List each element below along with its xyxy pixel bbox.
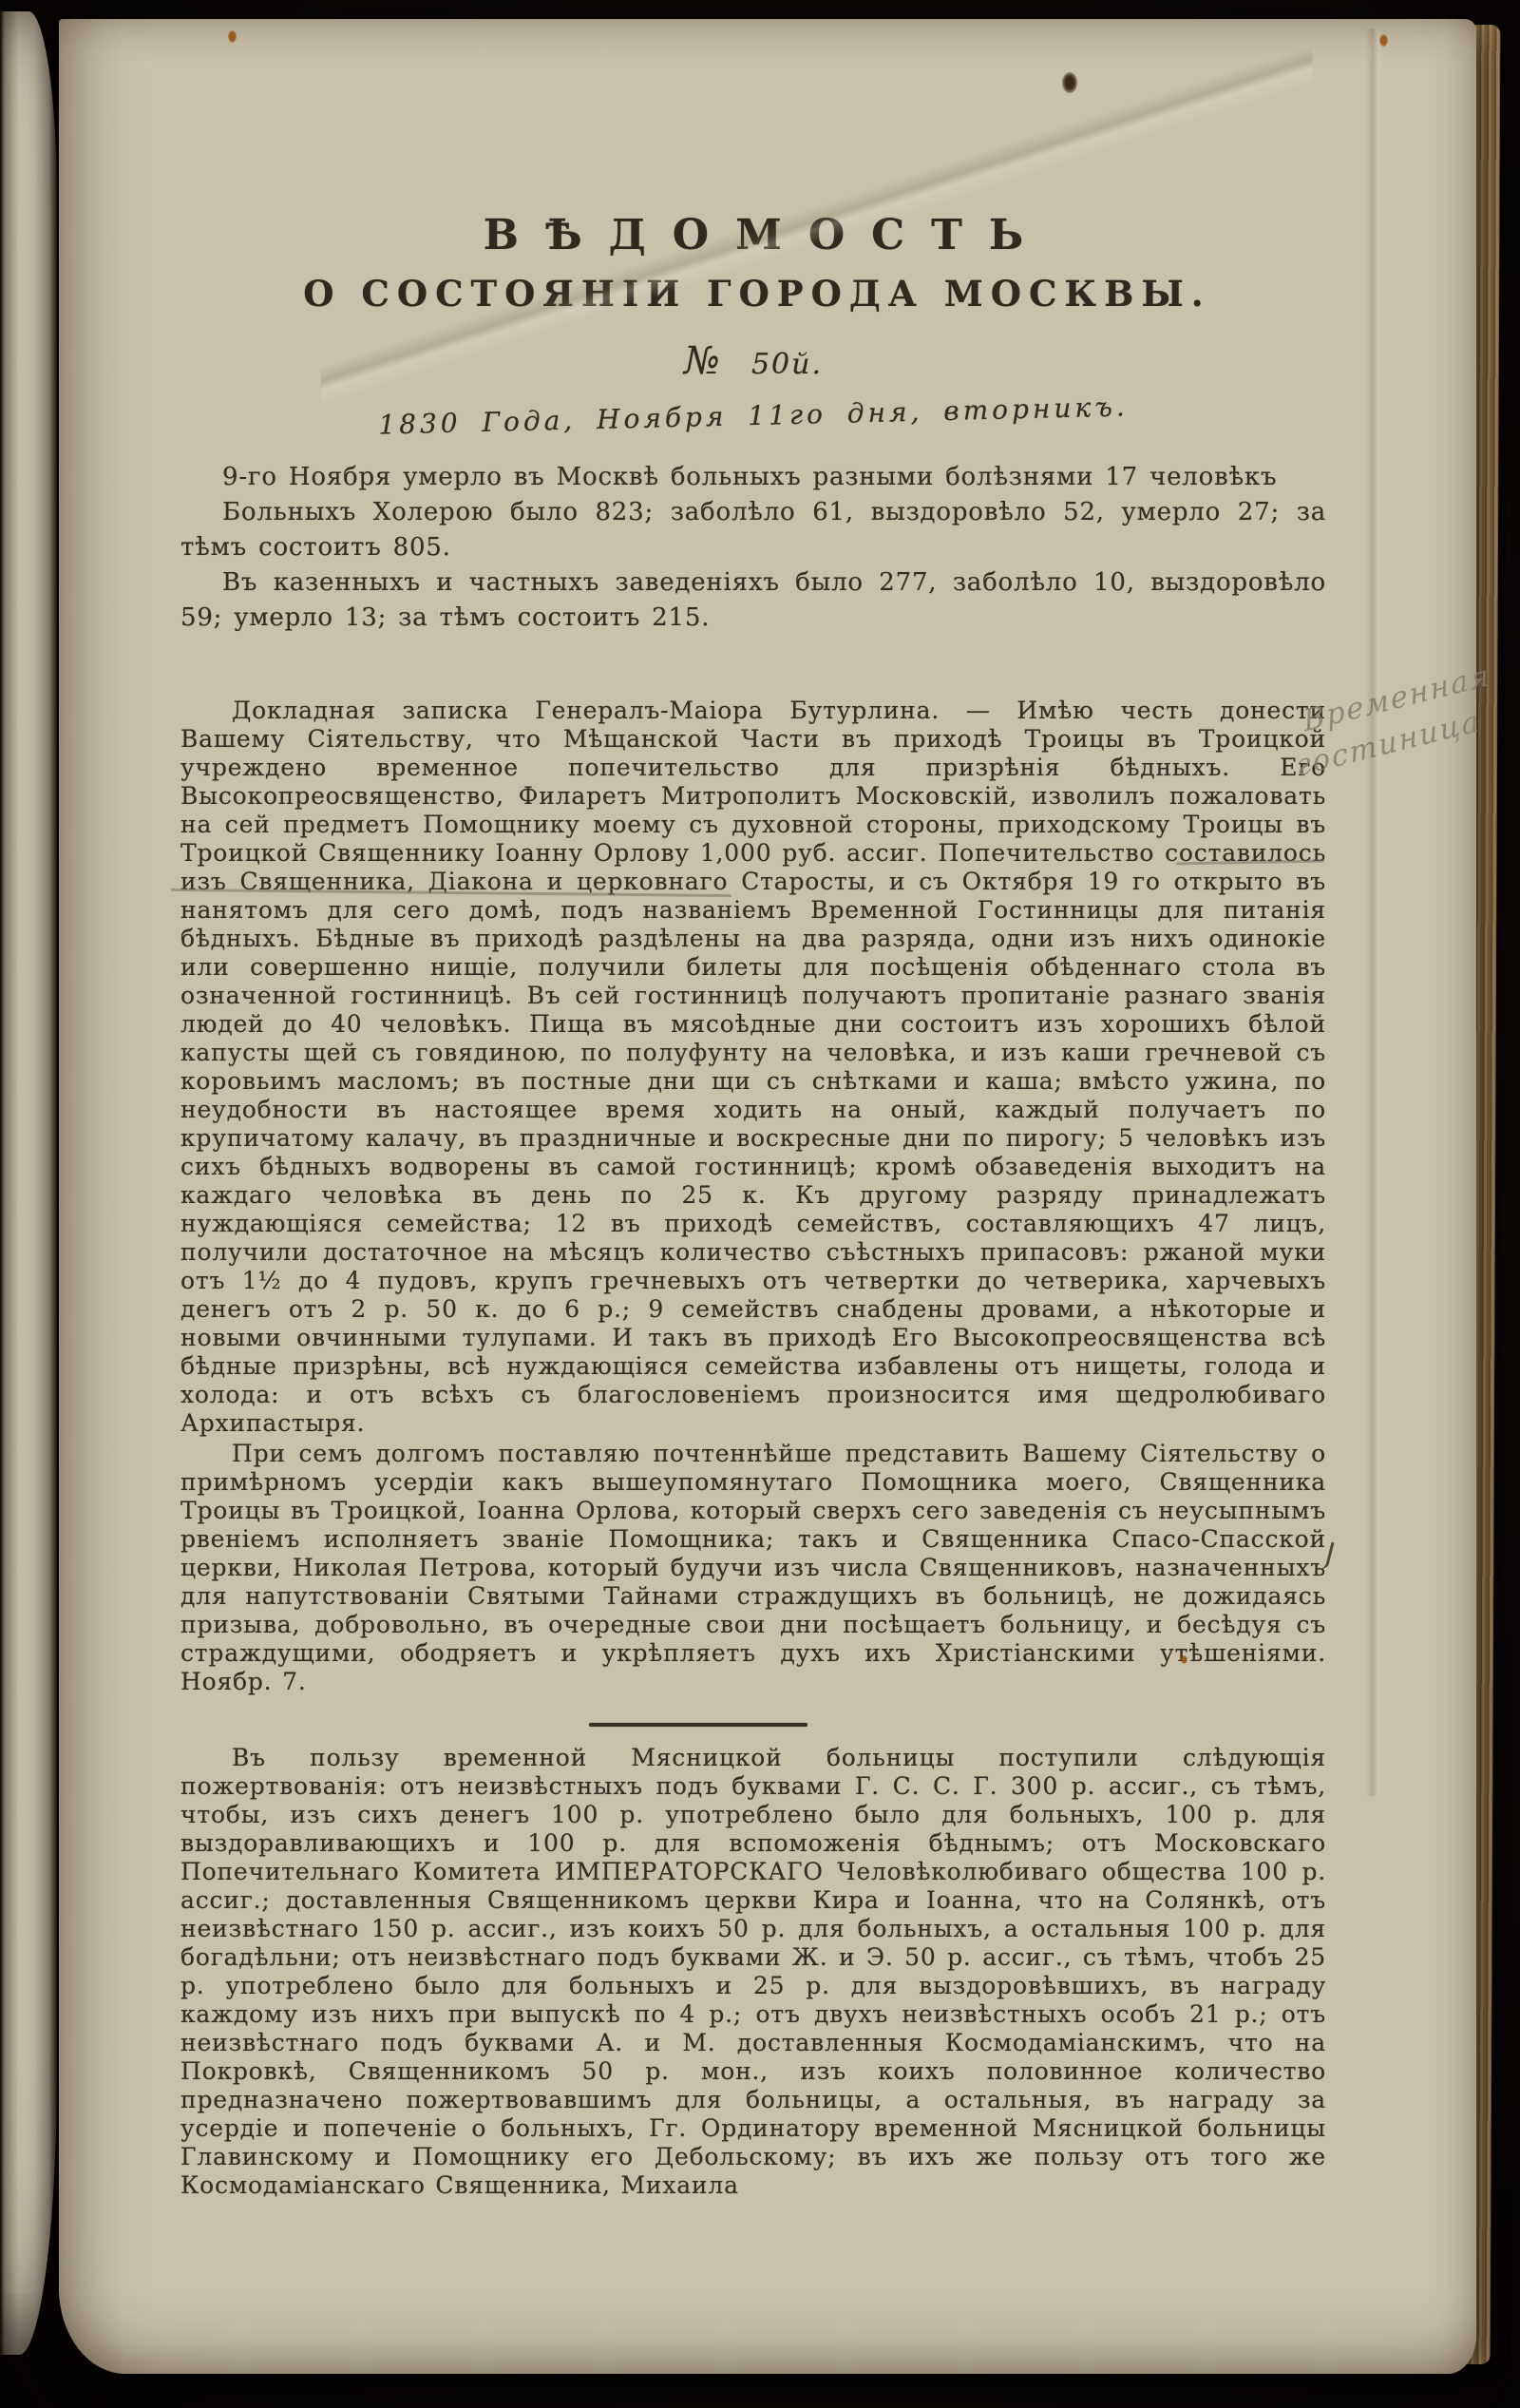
scanned-book-photo: ВѢДОМОСТЬ О СОСТОЯНІИ ГОРОДА МОСКВЫ. № 5… — [0, 0, 1520, 2408]
issue-number-line: № 50й. — [180, 339, 1326, 383]
issue-number: 50й. — [751, 348, 823, 381]
newspaper-page: ВѢДОМОСТЬ О СОСТОЯНІИ ГОРОДА МОСКВЫ. № 5… — [59, 19, 1476, 2374]
numero-sign: № — [684, 339, 722, 383]
masthead-title: ВѢДОМОСТЬ — [180, 211, 1353, 259]
previous-page-edge — [0, 11, 57, 2355]
report-paragraph-2: При семъ долгомъ поставляю почтеннѣйше п… — [180, 1440, 1326, 1696]
report-paragraph-1: Докладная записка Генералъ-Маіора Бутурл… — [180, 697, 1326, 1438]
printed-content: ВѢДОМОСТЬ О СОСТОЯНІИ ГОРОДА МОСКВЫ. № 5… — [180, 19, 1326, 2200]
summary-paragraph-deaths: 9-го Ноября умерло въ Москвѣ больныхъ ра… — [180, 460, 1326, 495]
buturlin-report-section: Докладная записка Генералъ-Маіора Бутурл… — [180, 697, 1326, 1696]
masthead-subtitle: О СОСТОЯНІИ ГОРОДА МОСКВЫ. — [180, 273, 1334, 315]
summary-paragraph-cholera: Больныхъ Холерою было 823; заболѣло 61, … — [180, 495, 1326, 565]
dateline: 1830 Года, Ноября 11го дня, вторникъ. — [180, 386, 1326, 445]
summary-paragraph-institutions: Въ казенныхъ и частныхъ заведеніяхъ было… — [180, 565, 1326, 636]
section-divider — [589, 1723, 807, 1727]
donations-paragraph: Въ пользу временной Мясницкой больницы п… — [180, 1744, 1326, 2200]
daily-summary-section: 9-го Ноября умерло въ Москвѣ больныхъ ра… — [180, 460, 1326, 636]
